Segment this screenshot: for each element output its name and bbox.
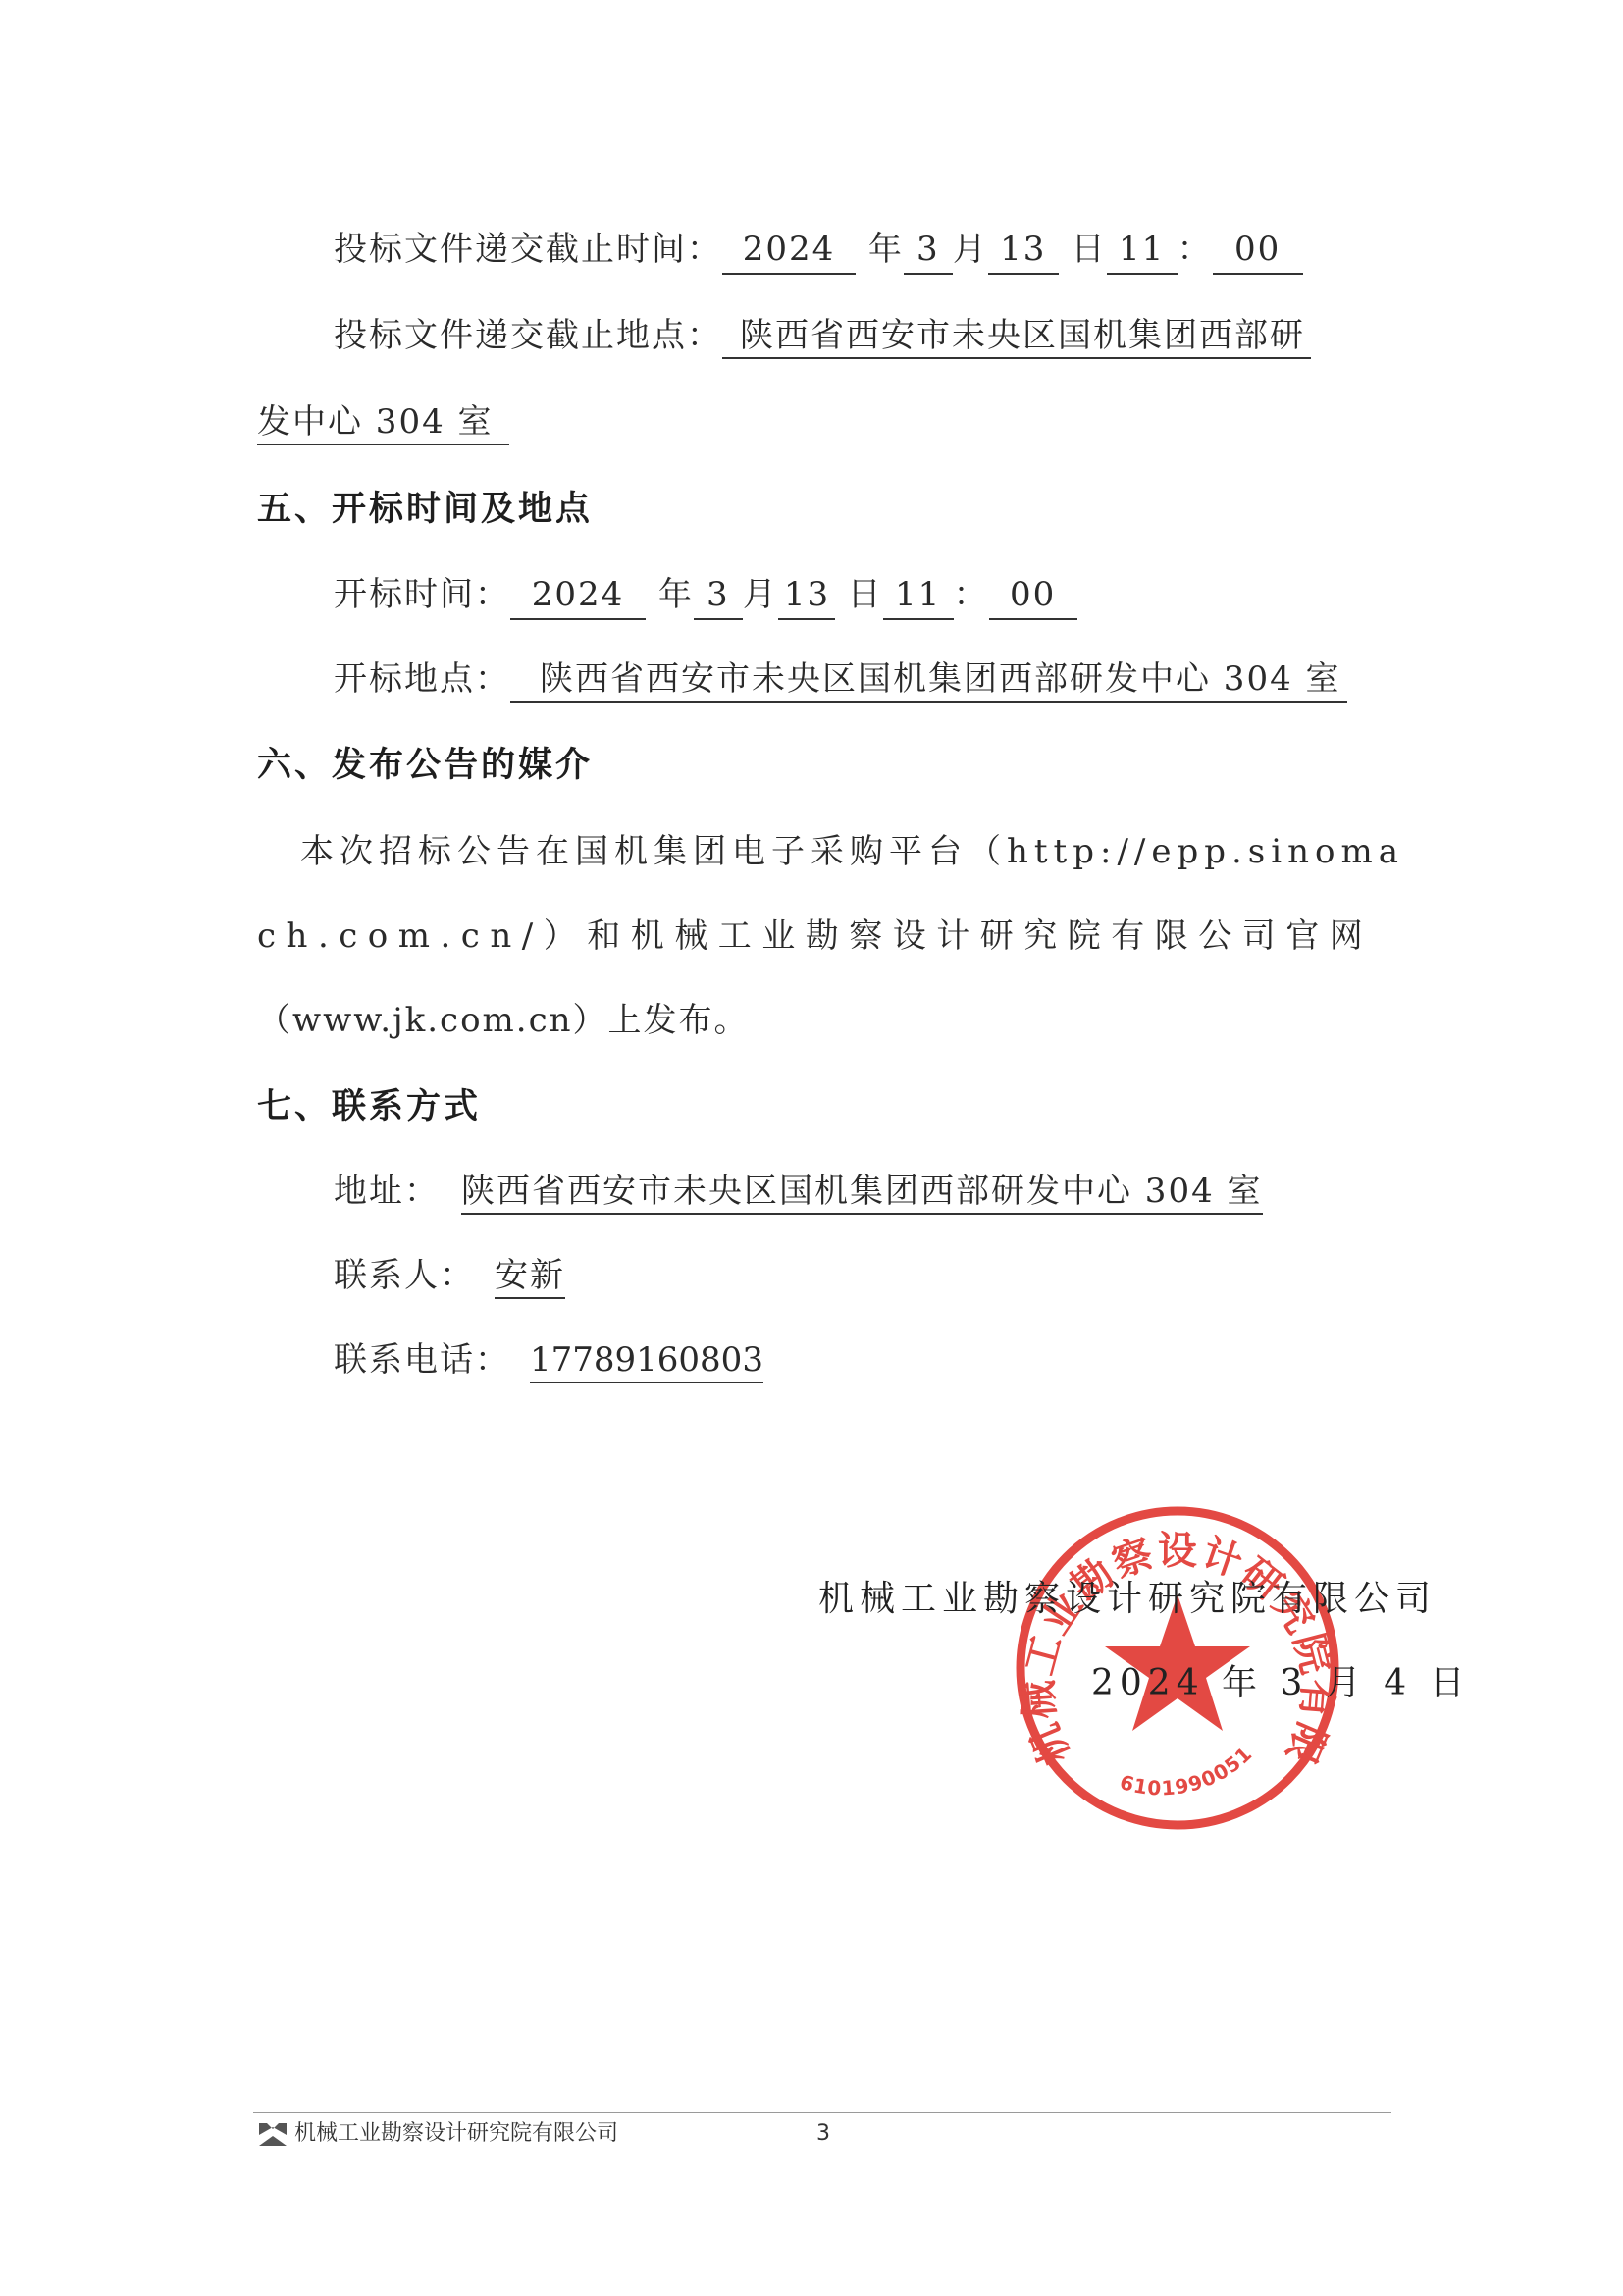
contact-person-line: 联系人：安新 [334, 1254, 565, 1297]
bid-deadline-day: 13 [988, 228, 1059, 275]
opening-time-month: 3 [694, 573, 743, 620]
day-unit: 日 [1072, 230, 1107, 269]
phone-value: 17789160803 [530, 1340, 763, 1383]
section-6-heading: 六、发布公告的媒介 [257, 744, 593, 787]
bid-location-line-2: 发中心 304 室 [257, 400, 509, 444]
section-5-heading: 五、开标时间及地点 [257, 488, 593, 531]
opening-place-value: 陕西省西安市未央区国机集团西部研发中心 304 室 [510, 659, 1347, 703]
bid-location-line: 投标文件递交截止地点：陕西省西安市未央区国机集团西部研 [334, 314, 1311, 357]
address-line: 地址：陕西省西安市未央区国机集团西部研发中心 304 室 [334, 1170, 1263, 1213]
address-value: 陕西省西安市未央区国机集团西部研发中心 304 室 [461, 1172, 1263, 1215]
bid-deadline-line: 投标文件递交截止时间：2024 年3月13 日11：00 [334, 228, 1303, 275]
opening-place-line: 开标地点：陕西省西安市未央区国机集团西部研发中心 304 室 [334, 657, 1347, 701]
bid-location-value-1: 陕西省西安市未央区国机集团西部研 [722, 316, 1311, 359]
phone-line: 联系电话：17789160803 [334, 1338, 763, 1382]
section-7-heading: 七、联系方式 [257, 1085, 481, 1128]
address-label: 地址： [334, 1172, 440, 1211]
opening-time-label: 开标时间： [334, 575, 510, 614]
media-paragraph-line-2: ch.com.cn/）和机械工业勘察设计研究院有限公司官网 [257, 914, 1373, 958]
time-separator: ： [1178, 230, 1213, 269]
footer-divider [253, 2112, 1391, 2113]
signature-date: 2024 年 3 月 4 日 [1091, 1662, 1471, 1705]
opening-time-day: 13 [778, 573, 835, 620]
bid-deadline-year: 2024 [722, 228, 856, 275]
bid-location-label: 投标文件递交截止地点： [334, 316, 722, 355]
media-paragraph-line-1: 本次招标公告在国机集团电子采购平台（http://epp.sinoma [300, 830, 1404, 873]
contact-person-value: 安新 [495, 1256, 565, 1299]
seal-text: 机械工业勘察设计研究院有限公司 [1011, 1501, 1339, 1772]
day-unit: 日 [848, 575, 883, 614]
bid-deadline-month: 3 [904, 228, 953, 275]
bid-deadline-label: 投标文件递交截止时间： [334, 230, 722, 269]
signature-company: 机械工业勘察设计研究院有限公司 [818, 1578, 1437, 1621]
opening-place-label: 开标地点： [334, 659, 510, 699]
company-logo-icon [258, 2121, 288, 2147]
opening-time-year: 2024 [510, 573, 646, 620]
svg-text:6101990051: 6101990051 [1117, 1742, 1257, 1800]
seal-number: 6101990051 [1117, 1742, 1257, 1800]
opening-time-hour: 11 [883, 573, 954, 620]
bid-location-value-2: 发中心 304 室 [257, 402, 509, 445]
month-unit: 月 [743, 575, 778, 614]
footer-company-name: 机械工业勘察设计研究院有限公司 [294, 2119, 618, 2149]
svg-text:机械工业勘察设计研究院有限公司: 机械工业勘察设计研究院有限公司 [1011, 1501, 1339, 1772]
month-unit: 月 [953, 230, 988, 269]
page-number: 3 [816, 2119, 830, 2149]
opening-time-line: 开标时间：2024 年3月13 日11：00 [334, 573, 1077, 620]
opening-time-minute: 00 [989, 573, 1077, 620]
bid-deadline-minute: 00 [1213, 228, 1303, 275]
contact-person-label: 联系人： [334, 1256, 475, 1295]
media-paragraph-line-3: （www.jk.com.cn）上发布。 [257, 999, 750, 1042]
time-separator: ： [954, 575, 989, 614]
document-page: 投标文件递交截止时间：2024 年3月13 日11：00 投标文件递交截止地点：… [0, 0, 1623, 2296]
year-unit: 年 [658, 575, 694, 614]
bid-deadline-hour: 11 [1107, 228, 1178, 275]
phone-label: 联系电话： [334, 1340, 510, 1380]
year-unit: 年 [868, 230, 904, 269]
